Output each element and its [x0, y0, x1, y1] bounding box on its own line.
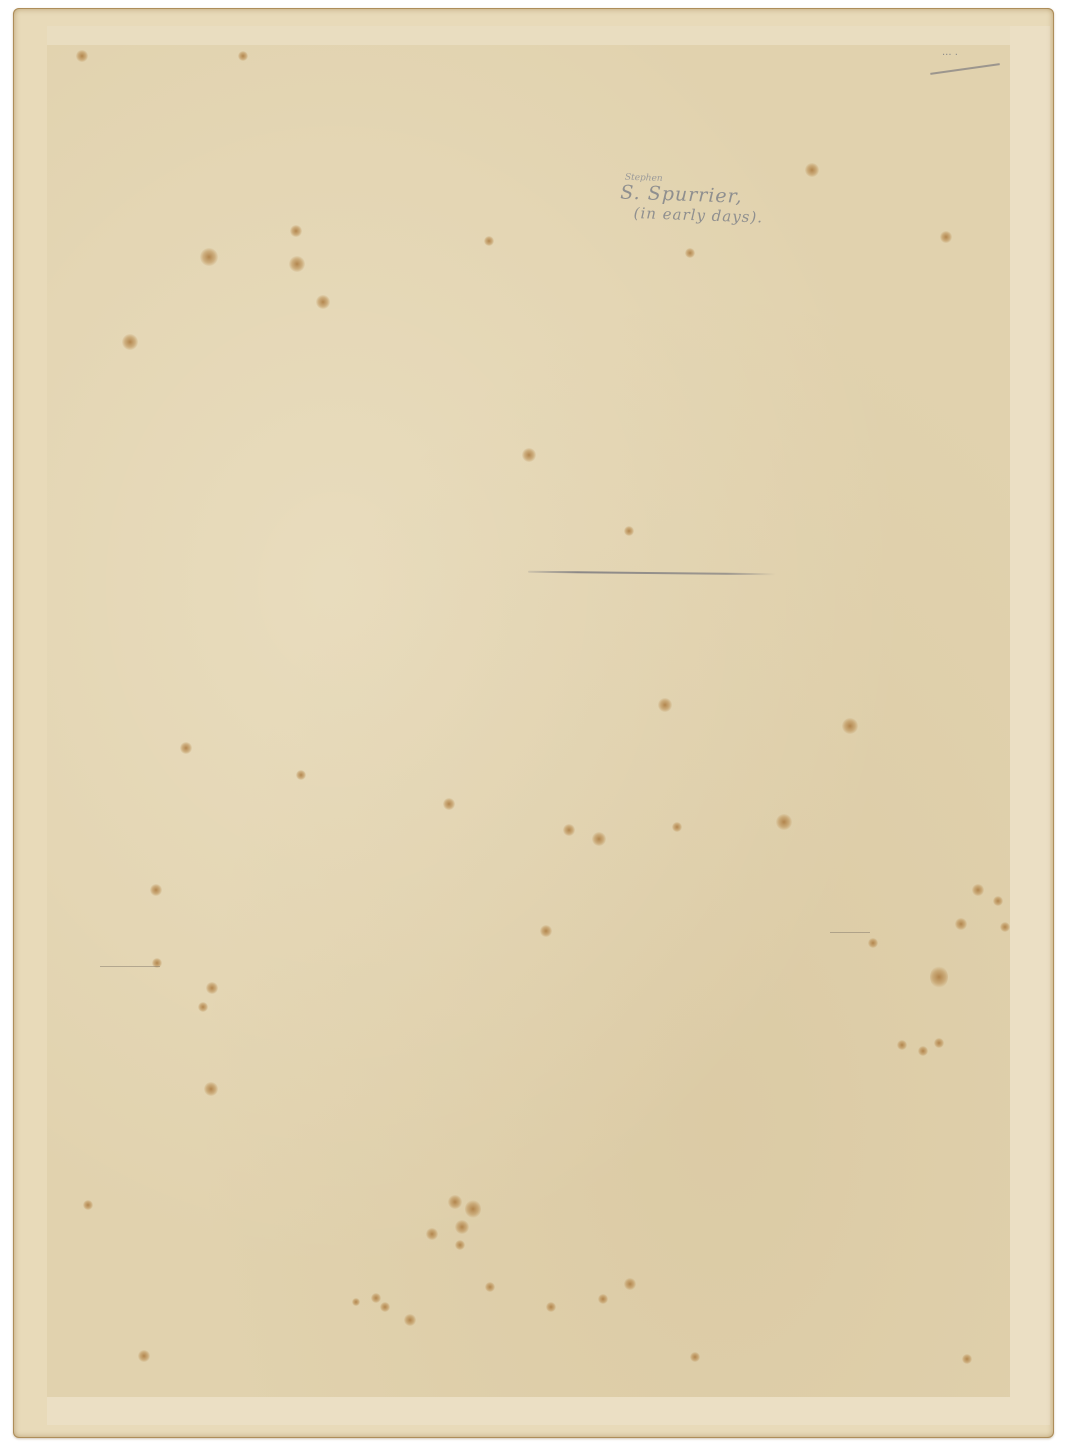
foxing-spot: [690, 1352, 700, 1362]
foxing-spot: [238, 51, 248, 61]
foxing-spot: [122, 334, 138, 350]
foxing-spot: [868, 938, 878, 948]
handwritten-inscription: Stephen S. Spurrier, (in early days).: [619, 183, 764, 227]
foxing-spot: [672, 822, 682, 832]
foxing-spot: [465, 1200, 481, 1218]
foxing-spot: [296, 770, 306, 780]
foxing-spot: [805, 163, 819, 177]
card-border-bottom: [47, 1397, 1050, 1425]
foxing-spot: [598, 1294, 608, 1304]
foxing-spot: [930, 966, 948, 988]
foxing-spot: [972, 884, 984, 896]
foxing-spot: [198, 1002, 208, 1012]
foxing-spot: [316, 295, 330, 309]
inner-panel: [47, 45, 1010, 1397]
foxing-spot: [897, 1040, 907, 1050]
foxing-spot: [443, 798, 455, 810]
foxing-spot: [206, 982, 218, 994]
foxing-spot: [776, 814, 792, 830]
foxing-spot: [352, 1298, 360, 1306]
foxing-spot: [1000, 922, 1010, 932]
foxing-spot: [842, 718, 858, 734]
foxing-spot: [934, 1038, 944, 1048]
foxing-spot: [455, 1220, 469, 1234]
foxing-spot: [426, 1228, 438, 1240]
foxing-spot: [204, 1082, 218, 1096]
foxing-spot: [658, 698, 672, 712]
foxing-spot: [540, 925, 552, 937]
foxing-spot: [290, 225, 302, 237]
photo-card-back: [13, 8, 1054, 1438]
card-border-right: [1010, 26, 1050, 1421]
foxing-spot: [150, 884, 162, 896]
foxing-spot: [563, 824, 575, 836]
foxing-spot: [484, 236, 494, 246]
card-border-top: [47, 26, 1010, 45]
foxing-spot: [455, 1240, 465, 1250]
foxing-spot: [993, 896, 1003, 906]
foxing-spot: [918, 1046, 928, 1056]
foxing-spot: [624, 526, 634, 536]
foxing-spot: [624, 1278, 636, 1290]
pencil-mark-top: ··· ·: [942, 50, 958, 61]
inscription-above-word: Stephen: [625, 173, 663, 185]
foxing-spot: [522, 448, 536, 462]
foxing-spot: [685, 248, 695, 258]
foxing-spot: [404, 1314, 416, 1326]
foxing-spot: [180, 742, 192, 754]
foxing-spot: [289, 256, 305, 272]
foxing-spot: [546, 1302, 556, 1312]
scratch-mark: [830, 932, 870, 933]
scratch-mark: [100, 966, 160, 967]
foxing-spot: [955, 918, 967, 930]
foxing-spot: [962, 1354, 972, 1364]
foxing-spot: [448, 1195, 462, 1209]
foxing-spot: [200, 248, 218, 266]
foxing-spot: [371, 1293, 381, 1303]
foxing-spot: [940, 231, 952, 243]
foxing-spot: [76, 50, 88, 62]
foxing-spot: [485, 1282, 495, 1292]
foxing-spot: [592, 832, 606, 846]
foxing-spot: [138, 1350, 150, 1362]
foxing-spot: [380, 1302, 390, 1312]
foxing-spot: [83, 1200, 93, 1210]
